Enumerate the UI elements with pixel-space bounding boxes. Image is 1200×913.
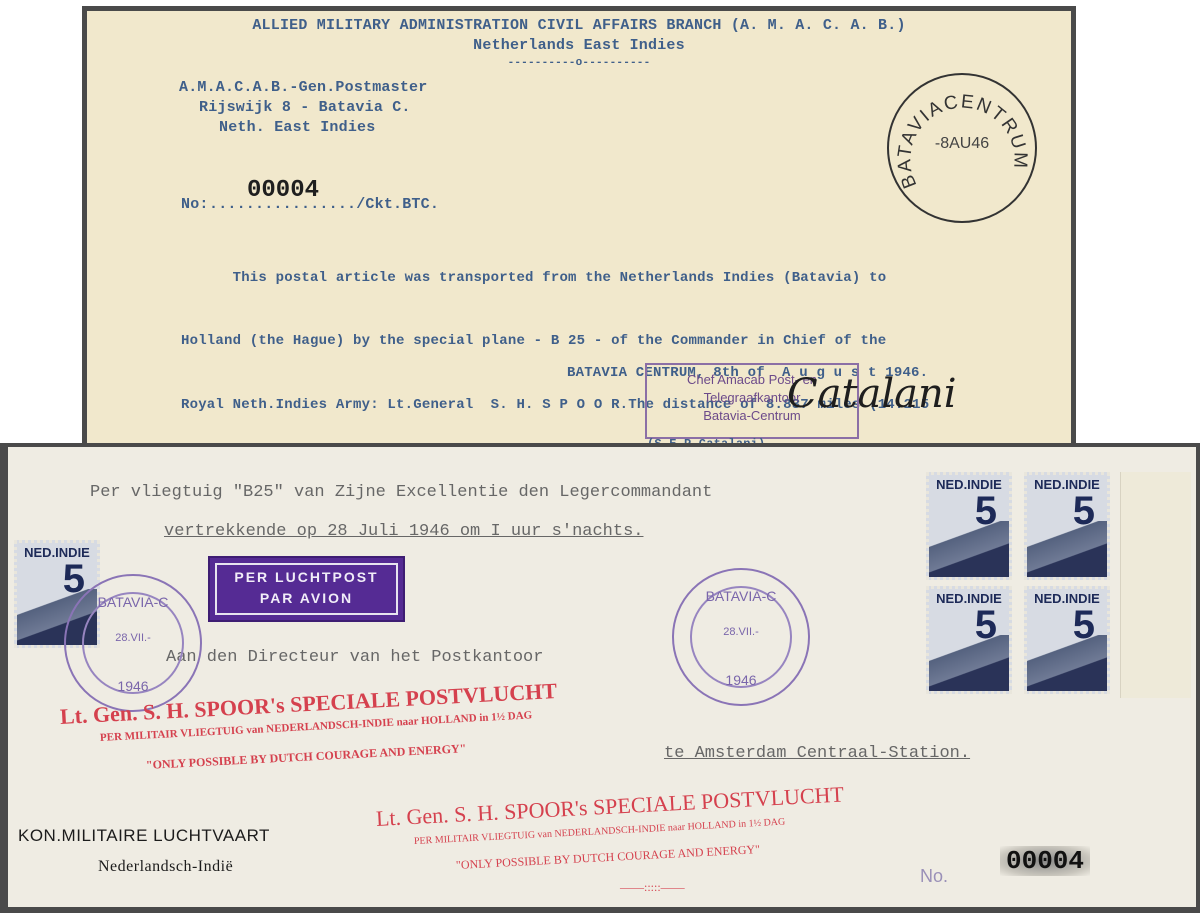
cover-number: 00004: [1000, 846, 1090, 876]
postmark-town: BATAVIA-C: [66, 594, 200, 610]
spoor-cachet-2-ornament: ——:::::——: [620, 880, 685, 895]
batavia-c-postmark: BATAVIA-C 28.VII.- 1946: [672, 568, 810, 706]
stamp-landscape-icon: [929, 521, 1009, 577]
letter-header-line2: Netherlands East Indies: [87, 37, 1071, 54]
stamp-country: NED.INDIE: [17, 545, 97, 560]
postmark-year: 1946: [674, 672, 808, 688]
letter-address-line2: Rijswijk 8 - Batavia C.: [199, 99, 411, 116]
letter-header-line1: ALLIED MILITARY ADMINISTRATION CIVIL AFF…: [87, 17, 1071, 34]
letter-ref-dots: ................/Ckt.BTC.: [209, 196, 439, 213]
cover-number-prefix: No.: [920, 866, 948, 887]
signature: Catalani: [787, 371, 957, 417]
cover-address-line1: Aan den Directeur van het Postkantoor: [166, 648, 543, 667]
stamp-country: NED.INDIE: [929, 591, 1009, 606]
stamp-country: NED.INDIE: [929, 477, 1009, 492]
cover-address-line2: te Amsterdam Centraal-Station.: [664, 744, 970, 763]
stamp-country: NED.INDIE: [1027, 591, 1107, 606]
letter-body-line: Holland (the Hague) by the special plane…: [181, 331, 929, 352]
certificate-letter: ALLIED MILITARY ADMINISTRATION CIVIL AFF…: [82, 6, 1076, 450]
stamp-landscape-icon: [1027, 521, 1107, 577]
airmail-label-line1: PER LUCHTPOST: [217, 567, 396, 588]
sheet-margin: [1120, 472, 1191, 698]
batavia-c-postmark: BATAVIA-C 28.VII.- 1946: [64, 574, 202, 712]
stamp-5-cent: NED.INDIE 5 CENT: [926, 586, 1012, 694]
batavia-centrum-postmark: BATAVIACENTRUM -8AU46: [887, 73, 1037, 223]
letter-address-line1: A.M.A.C.A.B.-Gen.Postmaster: [179, 79, 427, 96]
postmark-year: 1946: [66, 678, 200, 694]
cover-typed-line1: Per vliegtuig "B25" van Zijne Excellenti…: [90, 483, 712, 502]
letter-ref-prefix: No:: [181, 196, 209, 213]
letter-body-line: This postal article was transported from…: [181, 268, 929, 289]
stamp-5-cent: NED.INDIE 5 CENT: [926, 472, 1012, 580]
stamp-landscape-icon: [1027, 635, 1107, 691]
stamp-5-cent: NED.INDIE 5 CENT: [1024, 586, 1110, 694]
cover-typed-line2: vertrekkende op 28 Juli 1946 om I uur s'…: [164, 522, 643, 541]
letter-address-line3: Neth. East Indies: [219, 119, 375, 136]
stamp-5-cent: NED.INDIE 5 CENT: [1024, 472, 1110, 580]
postmark-date: -8AU46: [889, 135, 1035, 153]
postmark-town: BATAVIA-C: [674, 588, 808, 604]
airmail-label-line2: PAR AVION: [217, 588, 396, 609]
postmark-date: 28.VII.-: [66, 632, 200, 644]
postmark-date: 28.VII.-: [674, 626, 808, 638]
sender-line1: KON.MILITAIRE LUCHTVAART: [18, 826, 270, 846]
airmail-etiquette: PER LUCHTPOST PAR AVION: [208, 556, 405, 622]
stamp-landscape-icon: [929, 635, 1009, 691]
letter-ref-number: 00004: [247, 177, 319, 204]
sender-line2: Nederlandsch-Indië: [98, 858, 233, 876]
letter-header-rule: ----------o----------: [87, 57, 1071, 69]
stamp-country: NED.INDIE: [1027, 477, 1107, 492]
